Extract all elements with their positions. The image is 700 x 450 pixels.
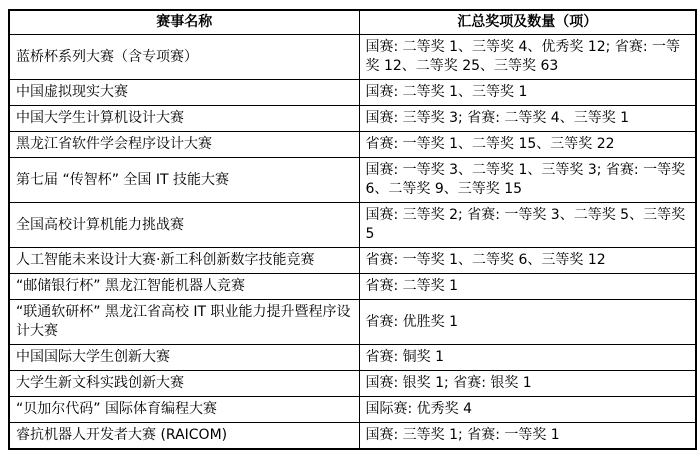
table-row: 中国大学生计算机设计大赛 国赛: 三等奖 3; 省赛: 二等奖 4、三等奖 1 [9, 106, 696, 132]
table-row: 第七届 “传智杯” 全国 IT 技能大赛 国赛: 一等奖 3、二等奖 1、三等奖… [9, 158, 696, 203]
competition-name-cell: “贝加尔代码” 国际体育编程大赛 [9, 397, 359, 423]
awards-cell: 国赛: 一等奖 3、二等奖 1、三等奖 3; 省赛: 一等奖 6、二等奖 9、三… [359, 158, 696, 203]
competition-name-cell: 人工智能未来设计大赛·新工科创新数字技能竞赛 [9, 248, 359, 274]
awards-cell: 省赛: 铜奖 1 [359, 345, 696, 371]
competition-name-cell: “邮储银行杯” 黑龙江智能机器人竞赛 [9, 274, 359, 300]
awards-cell: 省赛: 一等奖 1、二等奖 15、三等奖 22 [359, 132, 696, 158]
competition-name-cell: “联通软研杯” 黑龙江省高校 IT 职业能力提升暨程序设计大赛 [9, 300, 359, 345]
table-row: 黑龙江省软件学会程序设计大赛 省赛: 一等奖 1、二等奖 15、三等奖 22 [9, 132, 696, 158]
table-row: 全国高校计算机能力挑战赛 国赛: 三等奖 2; 省赛: 一等奖 3、二等奖 5、… [9, 203, 696, 248]
table-row: 睿抗机器人开发者大赛 (RAICOM) 国赛: 三等奖 1; 省赛: 一等奖 1 [9, 423, 696, 450]
competition-name-cell: 黑龙江省软件学会程序设计大赛 [9, 132, 359, 158]
awards-cell: 国赛: 三等奖 3; 省赛: 二等奖 4、三等奖 1 [359, 106, 696, 132]
table-row: “邮储银行杯” 黑龙江智能机器人竞赛 省赛: 二等奖 1 [9, 274, 696, 300]
competition-name-cell: 睿抗机器人开发者大赛 (RAICOM) [9, 423, 359, 450]
table-row: “贝加尔代码” 国际体育编程大赛 国际赛: 优秀奖 4 [9, 397, 696, 423]
column-header-competition-name: 赛事名称 [9, 10, 359, 35]
awards-summary-table: 赛事名称 汇总奖项及数量（项） 蓝桥杯系列大赛（含专项赛） 国赛: 二等奖 1、… [8, 9, 697, 450]
awards-cell: 省赛: 一等奖 1、二等奖 6、三等奖 12 [359, 248, 696, 274]
awards-cell: 国赛: 三等奖 2; 省赛: 一等奖 3、二等奖 5、三等奖 5 [359, 203, 696, 248]
table-row: 中国虚拟现实大赛 国赛: 二等奖 1、三等奖 1 [9, 80, 696, 106]
awards-cell: 国赛: 三等奖 1; 省赛: 一等奖 1 [359, 423, 696, 450]
competition-name-cell: 大学生新文科实践创新大赛 [9, 371, 359, 397]
awards-cell: 省赛: 二等奖 1 [359, 274, 696, 300]
awards-cell: 省赛: 优胜奖 1 [359, 300, 696, 345]
awards-cell: 国赛: 银奖 1; 省赛: 银奖 1 [359, 371, 696, 397]
table-row: 人工智能未来设计大赛·新工科创新数字技能竞赛 省赛: 一等奖 1、二等奖 6、三… [9, 248, 696, 274]
competition-name-cell: 中国国际大学生创新大赛 [9, 345, 359, 371]
competition-name-cell: 中国大学生计算机设计大赛 [9, 106, 359, 132]
document-page: 赛事名称 汇总奖项及数量（项） 蓝桥杯系列大赛（含专项赛） 国赛: 二等奖 1、… [0, 0, 700, 450]
awards-cell: 国际赛: 优秀奖 4 [359, 397, 696, 423]
header-row: 赛事名称 汇总奖项及数量（项） [9, 10, 696, 35]
competition-name-cell: 全国高校计算机能力挑战赛 [9, 203, 359, 248]
competition-name-cell: 蓝桥杯系列大赛（含专项赛） [9, 35, 359, 80]
awards-cell: 国赛: 二等奖 1、三等奖 1 [359, 80, 696, 106]
column-header-awards-summary: 汇总奖项及数量（项） [359, 10, 696, 35]
table-row: 大学生新文科实践创新大赛 国赛: 银奖 1; 省赛: 银奖 1 [9, 371, 696, 397]
table-row: 蓝桥杯系列大赛（含专项赛） 国赛: 二等奖 1、三等奖 4、优秀奖 12; 省赛… [9, 35, 696, 80]
competition-name-cell: 第七届 “传智杯” 全国 IT 技能大赛 [9, 158, 359, 203]
awards-cell: 国赛: 二等奖 1、三等奖 4、优秀奖 12; 省赛: 一等奖 12、二等奖 2… [359, 35, 696, 80]
competition-name-cell: 中国虚拟现实大赛 [9, 80, 359, 106]
table-row: “联通软研杯” 黑龙江省高校 IT 职业能力提升暨程序设计大赛 省赛: 优胜奖 … [9, 300, 696, 345]
table-row: 中国国际大学生创新大赛 省赛: 铜奖 1 [9, 345, 696, 371]
